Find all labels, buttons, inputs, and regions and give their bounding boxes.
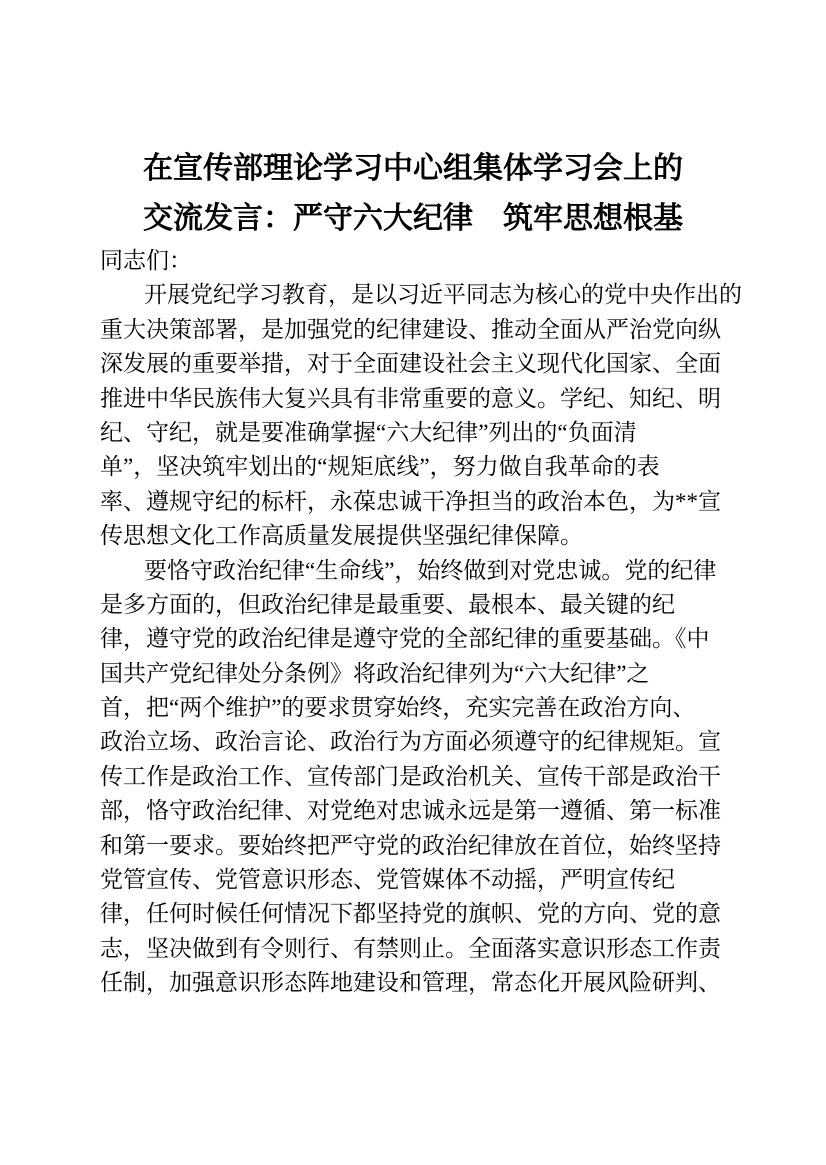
text-line: 任制，加强意识形态阵地建设和管理，常态化开展风险研判、 (100, 966, 726, 1000)
text-line: 部，恪守政治纪律、对党绝对忠诚永远是第一遵循、第一标准 (100, 794, 726, 828)
paragraph-2: 要恪守政治纪律“生命线”，始终做到对党忠诚。党的纪律是多方面的，但政治纪律是最重… (100, 554, 726, 1001)
text-line: 首，把“两个维护”的要求贯穿始终，充实完善在政治方向、 (100, 691, 726, 725)
paragraphs: 开展党纪学习教育，是以习近平同志为核心的党中央作出的重大决策部署，是加强党的纪律… (100, 278, 726, 1000)
text-line: 志，坚决做到有令则行、有禁则止。全面落实意识形态工作责 (100, 932, 726, 966)
text-line: 律，遵守党的政治纪律是遵守党的全部纪律的重要基础。《中 (100, 622, 726, 656)
text-line: 重大决策部署，是加强党的纪律建设、推动全面从严治党向纵 (100, 313, 726, 347)
text-line: 律，任何时候任何情况下都坚持党的旗帜、党的方向、党的意 (100, 897, 726, 931)
text-line: 是多方面的，但政治纪律是最重要、最根本、最关键的纪 (100, 588, 726, 622)
text-line: 和第一要求。要始终把严守党的政治纪律放在首位，始终坚持 (100, 829, 726, 863)
text-line: 推进中华民族伟大复兴具有非常重要的意义。学纪、知纪、明 (100, 382, 726, 416)
text-line: 传思想文化工作高质量发展提供坚强纪律保障。 (100, 519, 726, 553)
document-body: 同志们： 开展党纪学习教育，是以习近平同志为核心的党中央作出的重大决策部署，是加… (100, 244, 726, 1001)
document-page: 在宣传部理论学习中心组集体学习会上的 交流发言：严守六大纪律 筑牢思想根基 同志… (0, 0, 826, 1165)
title-line-1: 在宣传部理论学习中心组集体学习会上的 (100, 144, 726, 194)
text-line: 纪、守纪，就是要准确掌握“六大纪律”列出的“负面清 (100, 416, 726, 450)
text-line: 政治立场、政治言论、政治行为方面必须遵守的纪律规矩。宣 (100, 725, 726, 759)
text-line: 率、遵规守纪的标杆，永葆忠诚干净担当的政治本色，为**宣 (100, 485, 726, 519)
text-line: 党管宣传、党管意识形态、党管媒体不动摇，严明宣传纪 (100, 863, 726, 897)
paragraph-1: 开展党纪学习教育，是以习近平同志为核心的党中央作出的重大决策部署，是加强党的纪律… (100, 278, 726, 553)
title-line-2: 交流发言：严守六大纪律 筑牢思想根基 (100, 194, 726, 244)
text-line: 开展党纪学习教育，是以习近平同志为核心的党中央作出的 (100, 278, 726, 312)
salutation: 同志们： (100, 244, 726, 278)
text-line: 要恪守政治纪律“生命线”，始终做到对党忠诚。党的纪律 (100, 554, 726, 588)
text-line: 深发展的重要举措，对于全面建设社会主义现代化国家、全面 (100, 347, 726, 381)
text-line: 国共产党纪律处分条例》将政治纪律列为“六大纪律”之 (100, 657, 726, 691)
text-line: 传工作是政治工作、宣传部门是政治机关、宣传干部是政治干 (100, 760, 726, 794)
document-title: 在宣传部理论学习中心组集体学习会上的 交流发言：严守六大纪律 筑牢思想根基 (0, 144, 826, 244)
text-line: 单”，坚决筑牢划出的“规矩底线”，努力做自我革命的表 (100, 450, 726, 484)
